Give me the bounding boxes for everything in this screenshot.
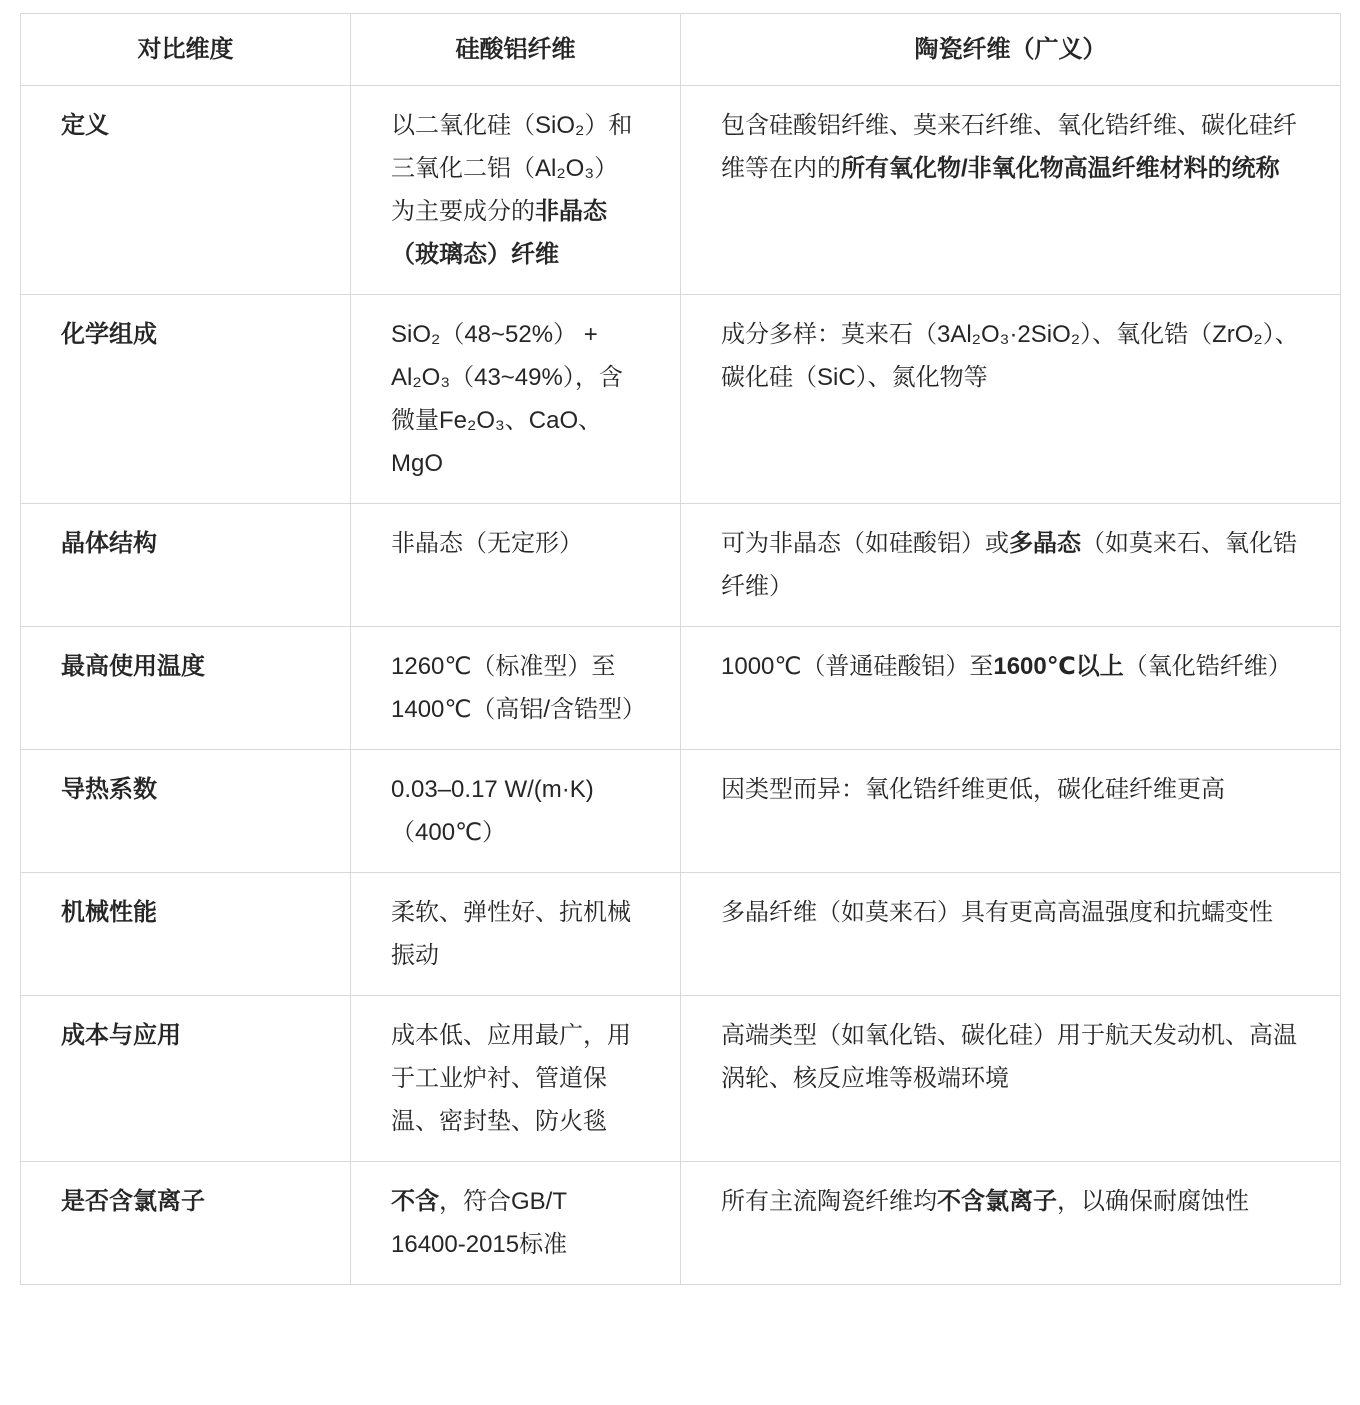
cell-aluminum-silicate: 非晶态（无定形） bbox=[351, 504, 681, 627]
cell-ceramic: 1000℃（普通硅酸铝）至1600℃以上（氧化锆纤维） bbox=[681, 627, 1341, 750]
header-row: 对比维度 硅酸铝纤维 陶瓷纤维（广义） bbox=[21, 14, 1341, 86]
cell-dimension: 导热系数 bbox=[21, 750, 351, 873]
text-segment: 柔软、弹性好、抗机械振动 bbox=[391, 899, 631, 969]
table-row-chloride-content: 是否含氯离子 不含，符合GB/T 16400-2015标准 所有主流陶瓷纤维均不… bbox=[21, 1162, 1341, 1285]
cell-aluminum-silicate: 以二氧化硅（SiO₂）和三氧化二铝（Al₂O₃）为主要成分的非晶态（玻璃态）纤维 bbox=[351, 86, 681, 295]
cell-ceramic: 多晶纤维（如莫来石）具有更高高温强度和抗蠕变性 bbox=[681, 873, 1341, 996]
text-segment: 因类型而异：氧化锆纤维更低，碳化硅纤维更高 bbox=[721, 776, 1225, 803]
page: 对比维度 硅酸铝纤维 陶瓷纤维（广义） 定义 以二氧化硅（SiO₂）和三氧化二铝… bbox=[0, 0, 1360, 1405]
text-segment: 成本低、应用最广，用于工业炉衬、管道保温、密封垫、防火毯 bbox=[391, 1022, 631, 1135]
cell-aluminum-silicate: 成本低、应用最广，用于工业炉衬、管道保温、密封垫、防火毯 bbox=[351, 996, 681, 1162]
text-segment: （氧化锆纤维） bbox=[1124, 653, 1292, 680]
cell-ceramic: 可为非晶态（如硅酸铝）或多晶态（如莫来石、氧化锆纤维） bbox=[681, 504, 1341, 627]
text-segment: 多晶态 bbox=[1009, 530, 1081, 557]
column-header-ceramic-fiber: 陶瓷纤维（广义） bbox=[681, 14, 1341, 86]
cell-dimension: 成本与应用 bbox=[21, 996, 351, 1162]
cell-dimension: 机械性能 bbox=[21, 873, 351, 996]
cell-dimension: 晶体结构 bbox=[21, 504, 351, 627]
cell-ceramic: 高端类型（如氧化锆、碳化硅）用于航天发动机、高温涡轮、核反应堆等极端环境 bbox=[681, 996, 1341, 1162]
comparison-table: 对比维度 硅酸铝纤维 陶瓷纤维（广义） 定义 以二氧化硅（SiO₂）和三氧化二铝… bbox=[20, 13, 1341, 1285]
table-row-thermal-conductivity: 导热系数 0.03–0.17 W/(m·K)（400℃） 因类型而异：氧化锆纤维… bbox=[21, 750, 1341, 873]
cell-dimension: 定义 bbox=[21, 86, 351, 295]
table-row-cost-and-application: 成本与应用 成本低、应用最广，用于工业炉衬、管道保温、密封垫、防火毯 高端类型（… bbox=[21, 996, 1341, 1162]
text-segment: 成分多样：莫来石（3Al₂O₃·2SiO₂）、氧化锆（ZrO₂）、碳化硅（SiC… bbox=[721, 321, 1299, 391]
cell-dimension: 是否含氯离子 bbox=[21, 1162, 351, 1285]
text-segment: 多晶纤维（如莫来石）具有更高高温强度和抗蠕变性 bbox=[721, 899, 1273, 926]
table-row-max-use-temperature: 最高使用温度 1260℃（标准型）至 1400℃（高铝/含锆型） 1000℃（普… bbox=[21, 627, 1341, 750]
text-segment: SiO₂（48~52%） + Al₂O₃（43~49%），含微量Fe₂O₃、Ca… bbox=[391, 321, 623, 477]
cell-ceramic: 成分多样：莫来石（3Al₂O₃·2SiO₂）、氧化锆（ZrO₂）、碳化硅（SiC… bbox=[681, 295, 1341, 504]
table-row-definition: 定义 以二氧化硅（SiO₂）和三氧化二铝（Al₂O₃）为主要成分的非晶态（玻璃态… bbox=[21, 86, 1341, 295]
text-segment: 不含 bbox=[391, 1188, 439, 1215]
cell-aluminum-silicate: 1260℃（标准型）至 1400℃（高铝/含锆型） bbox=[351, 627, 681, 750]
text-segment: 非晶态（无定形） bbox=[391, 530, 583, 557]
cell-aluminum-silicate: 0.03–0.17 W/(m·K)（400℃） bbox=[351, 750, 681, 873]
cell-dimension: 最高使用温度 bbox=[21, 627, 351, 750]
cell-aluminum-silicate: SiO₂（48~52%） + Al₂O₃（43~49%），含微量Fe₂O₃、Ca… bbox=[351, 295, 681, 504]
text-segment: 1600℃以上 bbox=[993, 653, 1123, 680]
text-segment: 所有氧化物/非氧化物高温纤维材料的统称 bbox=[841, 155, 1280, 182]
cell-aluminum-silicate: 柔软、弹性好、抗机械振动 bbox=[351, 873, 681, 996]
cell-ceramic: 所有主流陶瓷纤维均不含氯离子，以确保耐腐蚀性 bbox=[681, 1162, 1341, 1285]
text-segment: 1000℃（普通硅酸铝）至 bbox=[721, 653, 993, 680]
column-header-aluminum-silicate-fiber: 硅酸铝纤维 bbox=[351, 14, 681, 86]
text-segment: 高端类型（如氧化锆、碳化硅）用于航天发动机、高温涡轮、核反应堆等极端环境 bbox=[721, 1022, 1297, 1092]
cell-ceramic: 包含硅酸铝纤维、莫来石纤维、氧化锆纤维、碳化硅纤维等在内的所有氧化物/非氧化物高… bbox=[681, 86, 1341, 295]
table-row-chemical-composition: 化学组成 SiO₂（48~52%） + Al₂O₃（43~49%），含微量Fe₂… bbox=[21, 295, 1341, 504]
table-row-crystal-structure: 晶体结构 非晶态（无定形） 可为非晶态（如硅酸铝）或多晶态（如莫来石、氧化锆纤维… bbox=[21, 504, 1341, 627]
cell-aluminum-silicate: 不含，符合GB/T 16400-2015标准 bbox=[351, 1162, 681, 1285]
text-segment: 不含氯离子 bbox=[937, 1188, 1057, 1215]
column-header-dimension: 对比维度 bbox=[21, 14, 351, 86]
cell-ceramic: 因类型而异：氧化锆纤维更低，碳化硅纤维更高 bbox=[681, 750, 1341, 873]
text-segment: 可为非晶态（如硅酸铝）或 bbox=[721, 530, 1009, 557]
table-row-mechanical-properties: 机械性能 柔软、弹性好、抗机械振动 多晶纤维（如莫来石）具有更高高温强度和抗蠕变… bbox=[21, 873, 1341, 996]
text-segment: 1260℃（标准型）至 1400℃（高铝/含锆型） bbox=[391, 653, 646, 723]
text-segment: 所有主流陶瓷纤维均 bbox=[721, 1188, 937, 1215]
cell-dimension: 化学组成 bbox=[21, 295, 351, 504]
text-segment: ，以确保耐腐蚀性 bbox=[1057, 1188, 1249, 1215]
text-segment: 0.03–0.17 W/(m·K)（400℃） bbox=[391, 776, 594, 846]
